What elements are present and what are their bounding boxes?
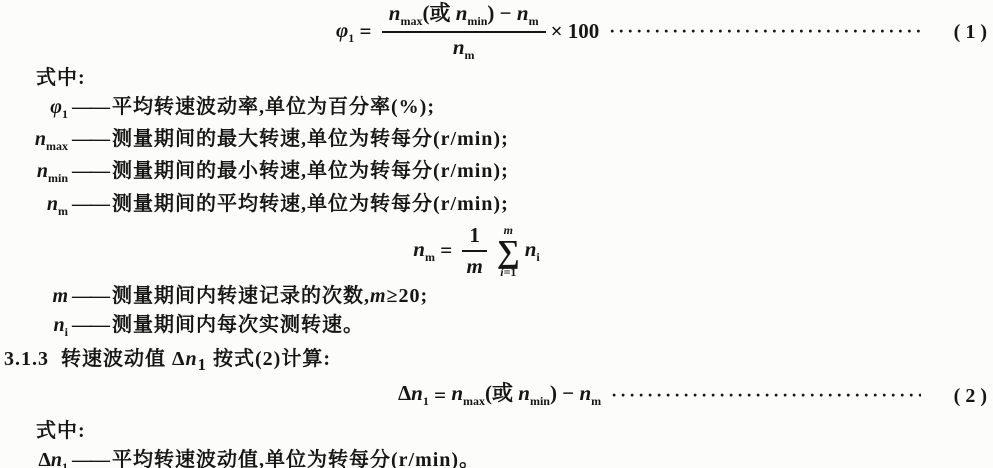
equation-1-denominator: nm (453, 33, 475, 62)
mean-speed-rhs: ni (525, 238, 540, 264)
definition-row-ni: ni —— 测量期间内每次实测转速。 (0, 314, 993, 339)
symbol-ni: ni (0, 314, 68, 339)
document-page: φ1 = nmax(或 nmin) − nm nm × 100 ········… (0, 4, 993, 468)
symbol-nmin: nmin (0, 160, 68, 185)
definition-dash: —— (68, 96, 112, 118)
definition-dash: —— (68, 128, 112, 150)
dotted-leader: ········································… (611, 386, 921, 406)
symbol-nm: nm (0, 193, 68, 218)
symbol-nmax: nmax (0, 128, 68, 153)
definition-text: 平均转速波动值,单位为转每分(r/min)。 (112, 449, 480, 468)
equation-2-lhs: Δn1 (398, 382, 429, 408)
dotted-leader: ········································… (609, 22, 921, 42)
definition-row-nmax: nmax —— 测量期间的最大转速,单位为转每分(r/min); (0, 128, 993, 153)
definition-text: 测量期间的最大转速,单位为转每分(r/min); (112, 128, 509, 150)
definition-dash: —— (68, 314, 112, 336)
definition-dash: —— (68, 193, 112, 215)
equation-2-rhs: nmax(或 nmin) − nm (451, 382, 601, 408)
definition-row-delta-n1: Δn1 —— 平均转速波动值,单位为转每分(r/min)。 (4, 449, 993, 468)
definition-text: 平均转速波动率,单位为百分率(%); (112, 96, 435, 118)
where-label-2: 式中: (36, 420, 993, 442)
fraction-denominator: m (466, 252, 482, 278)
one-over-m-fraction: 1 m (462, 224, 487, 278)
sigma-symbol: ∑ (497, 236, 520, 266)
equation-1-lhs: φ1 (336, 19, 354, 45)
definition-dash: —— (68, 160, 112, 182)
equation-1-row: φ1 = nmax(或 nmin) − nm nm × 100 ········… (0, 4, 993, 60)
equation-2-number: ( 2 ) (923, 385, 993, 407)
definition-dash: —— (68, 285, 112, 307)
summation-operator: m ∑ i=1 (497, 224, 520, 278)
symbol-m: m (0, 285, 68, 307)
equation-1-numerator: nmax(或 nmin) − nm (382, 2, 546, 33)
equals-sign: = (429, 384, 451, 407)
section-heading-3-1-3: 3.1.3 转速波动值 Δn1 按式(2)计算: (4, 348, 993, 374)
equals-sign: = (435, 239, 457, 262)
definition-row-nm: nm —— 测量期间的平均转速,单位为转每分(r/min); (0, 193, 993, 218)
equation-2-formula: Δn1 = nmax(或 nmin) − nm (398, 382, 601, 408)
equation-1-formula: φ1 = nmax(或 nmin) − nm nm × 100 (336, 2, 599, 63)
definition-row-nmin: nmin —— 测量期间的最小转速,单位为转每分(r/min); (0, 160, 993, 185)
equation-1-multiplier: × 100 (551, 20, 600, 43)
equals-sign: = (354, 20, 376, 43)
definition-text: 测量期间内每次实测转速。 (112, 314, 364, 336)
equation-1-number: ( 1 ) (923, 21, 993, 43)
symbol-delta-n1: Δn1 (4, 449, 68, 468)
definition-dash: —— (68, 449, 112, 468)
definition-text: 测量期间的最小转速,单位为转每分(r/min); (112, 160, 509, 182)
mean-speed-formula-row: nm = 1 m m ∑ i=1 ni (0, 224, 953, 278)
fraction-numerator: 1 (462, 224, 487, 252)
equation-1-fraction: nmax(或 nmin) − nm nm (382, 2, 546, 63)
summation-lower-limit: i=1 (500, 266, 516, 278)
definition-text: 测量期间的平均转速,单位为转每分(r/min); (112, 193, 509, 215)
symbol-phi1: φ1 (0, 96, 68, 121)
definition-text: 测量期间内转速记录的次数,m≥20; (112, 285, 428, 307)
mean-speed-formula: nm = 1 m m ∑ i=1 ni (413, 224, 540, 278)
definition-row-phi1: φ1 —— 平均转速波动率,单位为百分率(%); (0, 96, 993, 121)
where-label-1: 式中: (36, 67, 993, 89)
mean-speed-lhs: nm (413, 238, 435, 264)
definition-row-m: m —— 测量期间内转速记录的次数,m≥20; (0, 285, 993, 307)
equation-2-row: Δn1 = nmax(或 nmin) − nm ················… (0, 379, 993, 413)
